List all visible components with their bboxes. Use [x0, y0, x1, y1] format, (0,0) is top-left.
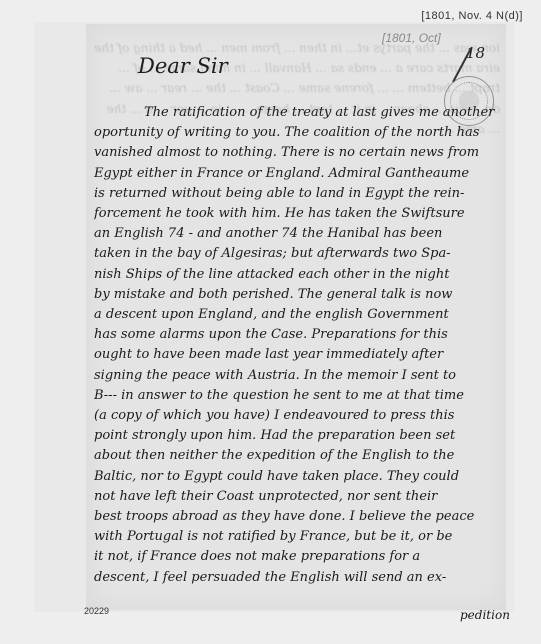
letter-line: best troops abroad as they have done. I … [94, 507, 499, 527]
letter-line: about then neither the expedition of the… [94, 446, 499, 466]
letter-line: ought to have been made last year immedi… [94, 345, 499, 365]
letter-line: forcement he took with him. He has taken… [94, 204, 499, 224]
letter-line: signing the peace with Austria. In the m… [94, 366, 499, 386]
letter-line: by mistake and both perished. The genera… [94, 285, 499, 305]
letter-line: (a copy of which you have) I endeavoured… [94, 406, 499, 426]
letter-line: a descent upon England, and the english … [94, 305, 499, 325]
letter-line: B--- in answer to the question he sent t… [94, 386, 499, 406]
letter-line: an English 74 - and another 74 the Hanib… [94, 224, 499, 244]
letter-line: has some alarms upon the Case. Preparati… [94, 325, 499, 345]
letter-line: Baltic, nor to Egypt could have taken pl… [94, 467, 499, 487]
salutation: Dear Sir [138, 54, 228, 78]
letter-line: nish Ships of the line attacked each oth… [94, 265, 499, 285]
letter-line: is returned without being able to land i… [94, 184, 499, 204]
letter-body: The ratification of the treaty at last g… [94, 103, 499, 588]
letter-line: it not, if France does not make preparat… [94, 547, 499, 567]
letter-line: oportunity of writing to you. The coalit… [94, 123, 499, 143]
letter-line: descent, I feel persuaded the English wi… [94, 568, 499, 588]
catchword: pedition [460, 608, 510, 622]
letter-line: point strongly upon him. Had the prepara… [94, 426, 499, 446]
letter-line: The ratification of the treaty at last g… [94, 103, 499, 123]
archive-date-tag: [1801, Nov. 4 N(d)] [421, 10, 523, 22]
letter-line: Egypt either in France or England. Admir… [94, 164, 499, 184]
letter-line: not have left their Coast unprotected, n… [94, 487, 499, 507]
letter-line: taken in the bay of Algesiras; but after… [94, 244, 499, 264]
letter-line: vanished almost to nothing. There is no … [94, 143, 499, 163]
pencil-date-note: [1801, Oct] [382, 31, 441, 45]
letter-line: with Portugal is not ratified by France,… [94, 527, 499, 547]
serial-number: 20229 [84, 606, 109, 616]
